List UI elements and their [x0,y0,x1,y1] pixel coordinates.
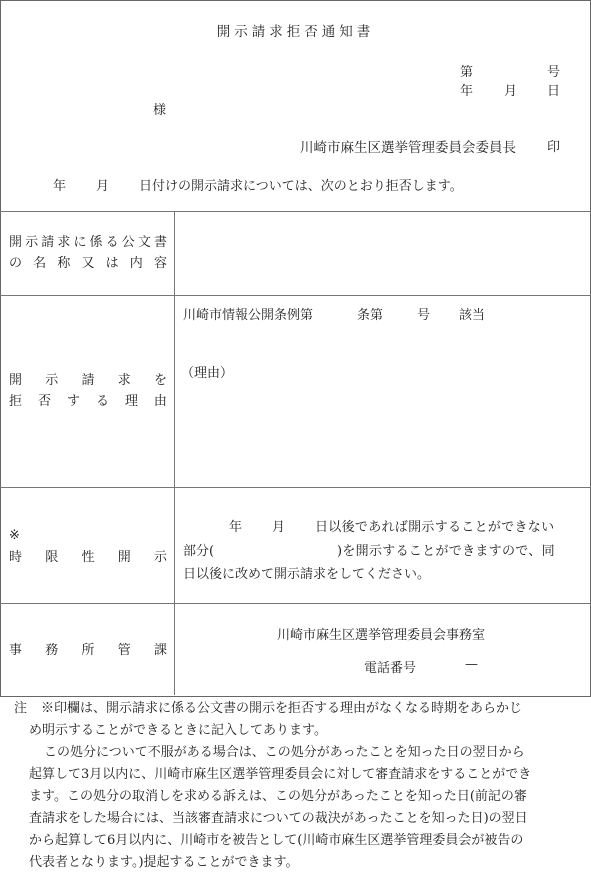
date-day: 日 [547,80,560,99]
date-month: 月 [504,80,517,99]
phone-value: — [465,657,478,672]
seal-mark: 印 [547,136,560,155]
phone-label: 電話番号 [364,657,416,676]
disclosure-line3: 日以後に改めて開示請求をしてください。 [183,563,430,582]
label-line: 開示請求に係る公文書 [9,232,167,253]
disclosure-month: 月 [272,516,285,535]
label-line: 時限性開示 [9,547,167,568]
column-divider [174,211,175,695]
reason-label: （理由） [181,362,233,381]
note-2-line-3: ます。この処分の取消しを求める訴えは、この処分があったことを知った日(前記の審 [14,786,586,808]
clause-prefix: 川崎市情報公開条例第 [183,304,313,323]
issuer-name: 川崎市麻生区選挙管理委員会委員長 [300,136,516,156]
addressee-suffix: 様 [153,99,166,118]
intro-text: 日付けの開示請求については、次のとおり拒否します。 [139,175,463,194]
label-line: 事務所管課 [9,640,167,661]
disclosure-line1: 日以後であれば開示することができない [315,516,554,535]
document-name-field[interactable] [176,212,588,294]
disclosure-part-suffix: )を開示することができますので、同 [337,540,555,559]
row-divider-3 [0,603,591,604]
notes-section: 注※印欄は、開示請求に係る公文書の開示を拒否する理由がなくなる時期をあらかじ め… [14,698,586,874]
row-divider-1 [0,295,591,296]
label-line: の名称又は内容 [9,253,167,274]
number-prefix: 第 [460,61,473,80]
asterisk-mark: ※ [9,528,20,543]
disclosure-year: 年 [229,516,242,535]
note-2-line-5: から起算して6月以内に、川崎市を被告として(川崎市麻生区選挙管理委員会が被告の [14,830,586,852]
office-name: 川崎市麻生区選挙管理委員会事務室 [277,624,485,643]
note-2-line-4: 査請求をした場合には、当該審査請求についての裁決があったことを知った日)の翌日 [14,808,586,830]
clause-article: 条第 [357,304,383,323]
intro-year: 年 [53,175,66,194]
note-2-line-2: 起算して3月以内に、川崎市麻生区選挙管理委員会に対して審査請求をすることができ [14,764,586,786]
note-1-line-1: 注※印欄は、開示請求に係る公文書の開示を拒否する理由がなくなる時期をあらかじ [14,698,586,720]
row-divider-2 [0,487,591,488]
clause-item: 号 [417,304,430,323]
note-1-line-2: め明示することができるときに記入してあります。 [14,720,586,742]
label-line: 開示請求を [9,370,167,391]
number-suffix: 号 [547,61,560,80]
note-2-line-1: この処分について不服がある場合は、この処分があったことを知った日の翌日から [14,742,586,764]
label-document-name: 開示請求に係る公文書 の名称又は内容 [9,232,167,274]
clause-suffix: 該当 [459,304,485,323]
intro-month: 月 [96,175,109,194]
label-responsible-office: 事務所管課 [9,640,167,661]
label-line: 拒否する理由 [9,391,167,412]
document-title: 開示請求拒否通知書 [0,20,591,40]
disclosure-part-prefix: 部分( [183,540,214,559]
label-time-limited-disclosure: 時限性開示 [9,547,167,568]
date-year: 年 [460,80,473,99]
label-refusal-reason: 開示請求を 拒否する理由 [9,370,167,412]
document-frame [0,0,591,697]
note-2-line-6: 代表者となります。)提起することができます。 [14,852,586,874]
